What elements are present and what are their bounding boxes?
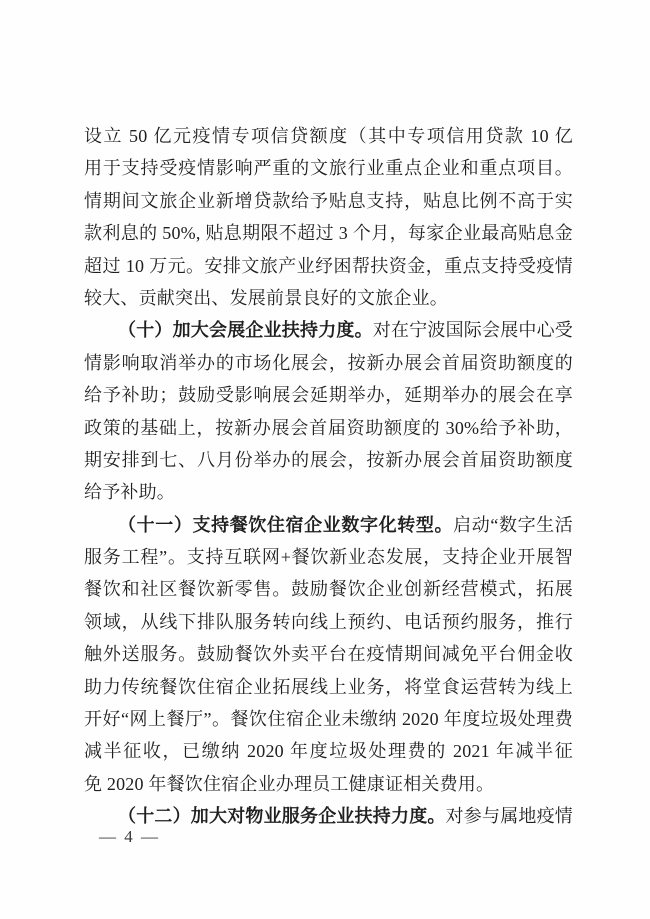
text-line: 给予补助。 <box>84 476 573 508</box>
body-text-segment: 给予补助。 <box>84 482 175 502</box>
body-text-segment: 免 2020 年餐饮住宿企业办理员工健康证相关费用。 <box>84 774 494 794</box>
body-text-segment: 开好“网上餐厅”。餐饮住宿企业未缴纳 2020 年度垃圾处理费的 <box>84 709 573 735</box>
text-line: 较大、贡献突出、发展前景良好的文旅企业。 <box>84 282 573 314</box>
body-text-segment: 较大、贡献突出、发展前景良好的文旅企业。 <box>84 288 448 308</box>
text-line: 领域，从线下排队服务转向线上预约、电话预约服务，推行无接 <box>84 606 573 638</box>
text-line: 助力传统餐饮住宿企业拓展线上业务，将堂食运营转为线上运营， <box>84 671 573 703</box>
text-line: 超过 10 万元。安排文旅产业纾困帮扶资金，重点支持受疫情影响 <box>84 250 573 282</box>
body-text-segment: 款利息的 50%, 贴息期限不超过 3 个月，每家企业最高贴息金额不 <box>84 223 573 249</box>
text-line: 给予补助；鼓励受影响展会延期举办，延期举办的展会在享受原 <box>84 379 573 411</box>
body-text-segment: 政策的基础上，按新办展会首届资助额度的 30%给予补助，其中延 <box>84 418 573 444</box>
text-line: 减半征收，已缴纳 2020 年度垃圾处理费的 2021 年减半征收。减 <box>84 735 573 767</box>
footer-page-number: — 4 — <box>99 827 160 847</box>
body-text-segment: 给予补助；鼓励受影响展会延期举办，延期举办的展会在享受原 <box>84 385 573 411</box>
body-text-segment: 服务工程”。支持互联网+餐饮新业态发展，支持企业开展智能化 <box>84 547 573 573</box>
body-text-segment: 情影响取消举办的市场化展会，按新办展会首届资助额度的 50% <box>84 353 573 379</box>
body-text-segment: 减半征收，已缴纳 2020 年度垃圾处理费的 2021 年减半征收。减 <box>84 741 573 767</box>
item-heading-segment: （十一）支持餐饮住宿企业数字化转型。 <box>118 515 453 535</box>
text-line: 开好“网上餐厅”。餐饮住宿企业未缴纳 2020 年度垃圾处理费的 <box>84 703 573 735</box>
text-line: （十一）支持餐饮住宿企业数字化转型。启动“数字生活新 <box>84 509 573 541</box>
text-line: 服务工程”。支持互联网+餐饮新业态发展，支持企业开展智能化 <box>84 541 573 573</box>
body-text-segment: 领域，从线下排队服务转向线上预约、电话预约服务，推行无接 <box>84 612 573 638</box>
text-line: （十）加大会展企业扶持力度。对在宁波国际会展中心受疫 <box>84 314 573 346</box>
item-heading-segment: （十）加大会展企业扶持力度。 <box>118 320 373 340</box>
body-text-segment: 超过 10 万元。安排文旅产业纾困帮扶资金，重点支持受疫情影响 <box>84 256 573 282</box>
text-line: 用于支持受疫情影响严重的文旅行业重点企业和重点项目。对疫 <box>84 152 573 184</box>
text-line: 免 2020 年餐饮住宿企业办理员工健康证相关费用。 <box>84 768 573 800</box>
body-text-segment: 餐饮和社区餐饮新零售。鼓励餐饮企业创新经营模式，拓展服务 <box>84 579 573 605</box>
body-text-segment: 助力传统餐饮住宿企业拓展线上业务，将堂食运营转为线上运营， <box>84 677 573 703</box>
item-heading-segment: （十二）加大对物业服务企业扶持力度。 <box>118 806 446 826</box>
text-line: 期安排到七、八月份举办的展会，按新办展会首届资助额度的 50% <box>84 444 573 476</box>
text-line: 餐饮和社区餐饮新零售。鼓励餐饮企业创新经营模式，拓展服务 <box>84 573 573 605</box>
text-line: 情期间文旅企业新增贷款给予贴息支持，贴息比例不高于实际贷 <box>84 185 573 217</box>
text-line: 情影响取消举办的市场化展会，按新办展会首届资助额度的 50% <box>84 347 573 379</box>
document-lines: 设立 50 亿元疫情专项信贷额度（其中专项信用贷款 10 亿元），用于支持受疫情… <box>84 120 573 833</box>
text-line: 政策的基础上，按新办展会首届资助额度的 30%给予补助，其中延 <box>84 412 573 444</box>
body-text-segment: 情期间文旅企业新增贷款给予贴息支持，贴息比例不高于实际贷 <box>84 191 573 217</box>
body-text-segment: 期安排到七、八月份举办的展会，按新办展会首届资助额度的 50% <box>84 450 573 476</box>
body-text-segment: 用于支持受疫情影响严重的文旅行业重点企业和重点项目。对疫 <box>84 158 573 184</box>
text-line: 触外送服务。鼓励餐饮外卖平台在疫情期间减免平台佣金收费， <box>84 638 573 670</box>
body-text-segment: 设立 50 亿元疫情专项信贷额度（其中专项信用贷款 10 亿元）， <box>84 126 573 152</box>
document-page: 设立 50 亿元疫情专项信贷额度（其中专项信用贷款 10 亿元），用于支持受疫情… <box>0 0 650 919</box>
text-line: 款利息的 50%, 贴息期限不超过 3 个月，每家企业最高贴息金额不 <box>84 217 573 249</box>
text-line: 设立 50 亿元疫情专项信贷额度（其中专项信用贷款 10 亿元）， <box>84 120 573 152</box>
body-text-segment: 触外送服务。鼓励餐饮外卖平台在疫情期间减免平台佣金收费， <box>84 644 573 670</box>
